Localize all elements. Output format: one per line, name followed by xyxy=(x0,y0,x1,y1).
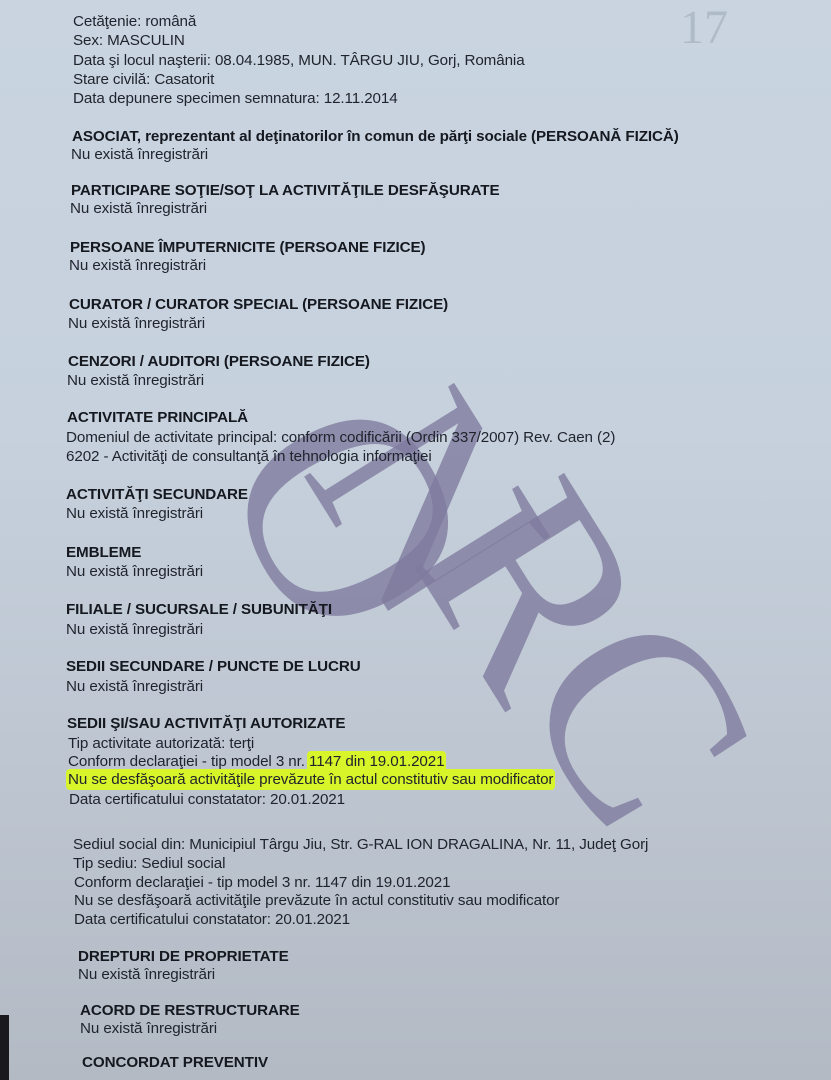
section-title-curator: CURATOR / CURATOR SPECIAL (PERSOANE FIZI… xyxy=(69,295,448,314)
citizenship: Cetăţenie: română xyxy=(73,12,196,31)
section-title-concordat-preventiv: CONCORDAT PREVENTIV xyxy=(82,1053,268,1072)
section-body-acord-restructurare: Nu există înregistrări xyxy=(80,1019,217,1038)
registered-office-certificate-date: Data certificatului constatator: 20.01.2… xyxy=(74,910,350,929)
authorized-no-activities: Nu se desfăşoară activităţile prevăzute … xyxy=(68,770,553,789)
section-body-sedii-secundare: Nu există înregistrări xyxy=(66,677,203,696)
authorized-certificate-date: Data certificatului constatator: 20.01.2… xyxy=(69,790,345,809)
section-body-curator: Nu există înregistrări xyxy=(68,314,205,333)
section-title-activitati-secundare: ACTIVITĂŢI SECUNDARE xyxy=(66,485,248,504)
section-title-drepturi-proprietate: DREPTURI DE PROPRIETATE xyxy=(78,947,289,966)
section-title-sedii-secundare: SEDII SECUNDARE / PUNCTE DE LUCRU xyxy=(66,657,361,676)
document-content: 17 Cetăţenie: română Sex: MASCULIN Data … xyxy=(0,0,831,1080)
registered-office-declaration: Conform declaraţiei - tip model 3 nr. 11… xyxy=(74,873,450,892)
scanned-document-page: O N R C 17 Cetăţenie: română Sex: MASCUL… xyxy=(0,0,831,1080)
caen-domain: Domeniul de activitate principal: confor… xyxy=(66,428,615,447)
signature-specimen-date: Data depunere specimen semnatura: 12.11.… xyxy=(73,89,398,108)
birth-date-place: Data şi locul naşterii: 08.04.1985, MUN.… xyxy=(73,51,525,70)
section-title-embleme: EMBLEME xyxy=(66,543,141,562)
section-title-filiale: FILIALE / SUCURSALE / SUBUNITĂŢI xyxy=(66,600,332,619)
section-title-acord-restructurare: ACORD DE RESTRUCTURARE xyxy=(80,1001,300,1020)
section-body-filiale: Nu există înregistrări xyxy=(66,620,203,639)
section-body-asociat: Nu există înregistrări xyxy=(71,145,208,164)
highlighted-no-activities-text: Nu se desfăşoară activităţile prevăzute … xyxy=(68,771,553,788)
registered-office-address: Sediul social din: Municipiul Târgu Jiu,… xyxy=(73,835,648,854)
marital-status: Stare civilă: Casatorit xyxy=(73,70,214,89)
highlighted-declaration-number: 1147 din 19.01.2021 xyxy=(309,753,444,770)
section-title-activitate-principala: ACTIVITATE PRINCIPALĂ xyxy=(67,408,248,427)
section-title-sedii-autorizate: SEDII ŞI/SAU ACTIVITĂŢI AUTORIZATE xyxy=(67,714,345,733)
section-body-participare: Nu există înregistrări xyxy=(70,199,207,218)
section-body-imputernicite: Nu există înregistrări xyxy=(69,256,206,275)
section-body-cenzori: Nu există înregistrări xyxy=(67,371,204,390)
section-title-participare: PARTICIPARE SOŢIE/SOŢ LA ACTIVITĂŢILE DE… xyxy=(71,181,500,200)
section-body-embleme: Nu există înregistrări xyxy=(66,562,203,581)
section-body-drepturi-proprietate: Nu există înregistrări xyxy=(78,965,215,984)
authorized-declaration-prefix: Conform declaraţiei - tip model 3 nr. xyxy=(68,753,309,770)
registered-office-no-activities: Nu se desfăşoară activităţile prevăzute … xyxy=(74,891,559,910)
authorized-declaration: Conform declaraţiei - tip model 3 nr. 11… xyxy=(68,752,444,771)
authorized-activity-type: Tip activitate autorizată: terţi xyxy=(68,734,254,753)
section-title-asociat: ASOCIAT, reprezentant al deţinatorilor î… xyxy=(72,127,679,146)
section-title-cenzori: CENZORI / AUDITORI (PERSOANE FIZICE) xyxy=(68,352,370,371)
caen-code: 6202 - Activităţi de consultanţă în tehn… xyxy=(66,447,432,466)
registered-office-type: Tip sediu: Sediul social xyxy=(73,854,225,873)
sex: Sex: MASCULIN xyxy=(73,31,185,50)
faint-bleedthrough-mark: 17 xyxy=(680,0,750,45)
section-body-activitati-secundare: Nu există înregistrări xyxy=(66,504,203,523)
section-title-imputernicite: PERSOANE ÎMPUTERNICITE (PERSOANE FIZICE) xyxy=(70,238,425,257)
